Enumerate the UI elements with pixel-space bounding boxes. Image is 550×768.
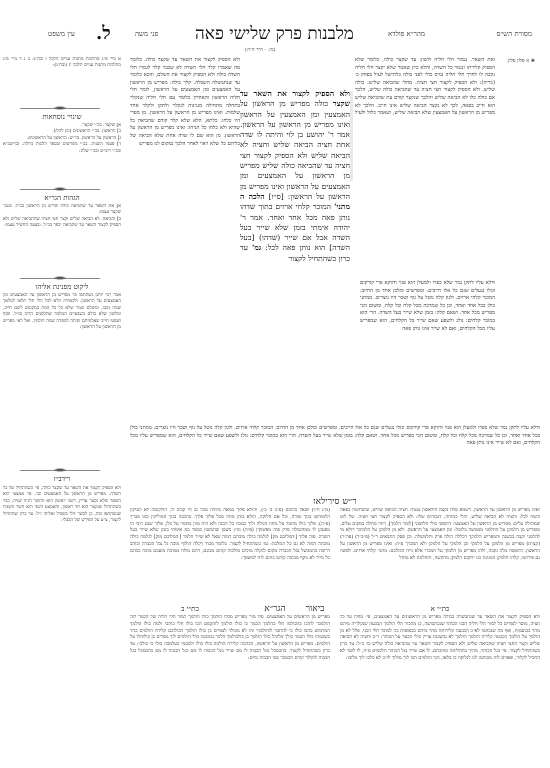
daf-number: ל. (96, 23, 111, 44)
hagahot-hagra-section: א] את השאר עד שהביאה כולה שליש מן הראשון… (3, 204, 121, 266)
tractate-title: מלבנות פרק שלישי פאה (195, 24, 354, 44)
biur-ms-b-text: מפריש מן הראשים על האמצעים. פלו מור מפרי… (130, 615, 330, 661)
rash-sirilio-right-column: ואינו מפריש מן הראשון על הראשון. דשמא סל… (340, 508, 540, 600)
biur-title-left: הגר״א (255, 603, 295, 614)
sidebar-section-title: ליקוט מפנינת אליהו (3, 283, 121, 291)
ridbaz-line: ולא הספיק לקצור את השאר עד שקצר כולה, פי… (3, 486, 121, 524)
main-text-bracket (350, 91, 353, 181)
section-divider-ornament (20, 108, 100, 109)
biur-title-right: ביאור (295, 603, 335, 614)
rash-sirilio-left-column: (מ״ג ת״ו) ושאל כהוכם (פ״ב ב׳ ב׳), והולא … (130, 508, 330, 600)
rash-sirilio-text-right: ואינו מפריש מן הראשון על הראשון. דשמא סל… (340, 508, 540, 561)
ein-mishpat-entry: א מיי׳ פ״ג מהלכות מתנות עניים הלכה ז ובה… (3, 57, 121, 97)
reference-marker-icon: ❀ (529, 58, 535, 64)
section-divider-ornament (20, 470, 100, 471)
biur-ms-a-column: ולא הספיק לקצור את השאר עד שנתבשלה בכולה… (340, 615, 540, 697)
maharam-fulda-text-top: ואת השאר. נגמור הלי חליה ולשון: עד שקצר … (355, 57, 495, 116)
masoret-hashas-label: מסורת הש״ס (497, 30, 532, 52)
maharam-fulda-text-bottom: ודלא עליו לתקן גמר שלא כפרו ולמעלן הוא פ… (360, 280, 495, 332)
ridbaz-section: ולא הספיק לקצור את השאר עד שקצר כולה, פי… (3, 486, 121, 586)
commentary-bottom-text: ודלא עליו לתקן גמר שלא כפרו ולמעלן הוא פ… (130, 425, 540, 446)
pnei-moshe-continuation: ודלא עליו לתקן גמר שלא כפרו ולמעלן הוא פ… (130, 425, 540, 485)
ein-mishpat-text: א מיי׳ פ״ג מהלכות מתנות עניים הלכה ז ובה… (3, 57, 121, 68)
pnei-moshe-label: פני משה (135, 30, 158, 52)
main-text-body: כולה מפריש מן הראשון על האמצעין ומן האמצ… (240, 99, 350, 201)
section-divider-ornament (20, 278, 100, 279)
nuschaot-line: ד] פעמי השניה. בכ״י מפרשים ובספר הלכות ג… (3, 142, 121, 155)
biur-ms-a-text: ולא הספיק לקצור את השאר עד שנתבשלה בכולה… (340, 615, 540, 661)
pnei-moshe-text: ולא הספיק לקצור את השאר עד שקצר כולה. כל… (130, 57, 240, 147)
reference-text: א פלון פלון. (506, 58, 529, 64)
likut-section: אמר רבי יוחנן נשתתפו ובי מפריש מן הראשון… (3, 293, 121, 403)
masoret-hashas-reference: ❀ א פלון פלון. (505, 58, 535, 64)
rash-sirilio-text-left: (מ״ג ת״ו) ושאל כהוכם (פ״ב ב׳ ב׳), והולא … (130, 508, 330, 561)
pnei-moshe-column: ולא הספיק לקצור את השאר עד שקצר כולה. כל… (130, 57, 240, 417)
manuscript-a-label: כת״י א (420, 605, 460, 613)
hagahot-line: א] את השאר עד שהביאה כולה שליש מן הראשון… (3, 204, 121, 217)
sub-reference: (מז. - היד ה״ה) (245, 47, 276, 53)
main-text-block: ולא הספיק לקצור את השאר עד שקצר כולה מפר… (240, 89, 350, 289)
maharam-fulda-label: מהר״א פולדא (388, 30, 425, 52)
section-divider-ornament (20, 189, 100, 190)
sidebar-section-title: רידב״ז (3, 475, 121, 483)
biur-ms-b-column: מפריש מן הראשים על האמצעים. פלו מור מפרי… (130, 615, 330, 690)
rash-sirilio-title: ר״ש סירילאו (130, 496, 540, 507)
manuscript-b-label: כת״י ב (170, 605, 210, 613)
nuschaot-section: א] שקצר. בכ״י שקצר. ב] הראשון. בכ״י הראש… (3, 123, 121, 178)
ein-mishpat-label: עין משפט (48, 30, 75, 52)
maharam-fulda-continuation: ודלא עליו לתקן גמר שלא כפרו ולמעלן הוא פ… (360, 280, 495, 435)
sidebar-section-title: שינויי נוסחאות (3, 113, 121, 121)
likut-line: אמר רבי יוחנן נשתתפו ובי מפריש מן הראשון… (3, 293, 121, 331)
gemara-label: גמ' (252, 243, 261, 252)
sidebar-section-title: הגהות הגר״א (3, 194, 121, 202)
hagahot-line: ב] והביאה. לא הביאה שליש וקצר חצי חציה ש… (3, 217, 121, 230)
